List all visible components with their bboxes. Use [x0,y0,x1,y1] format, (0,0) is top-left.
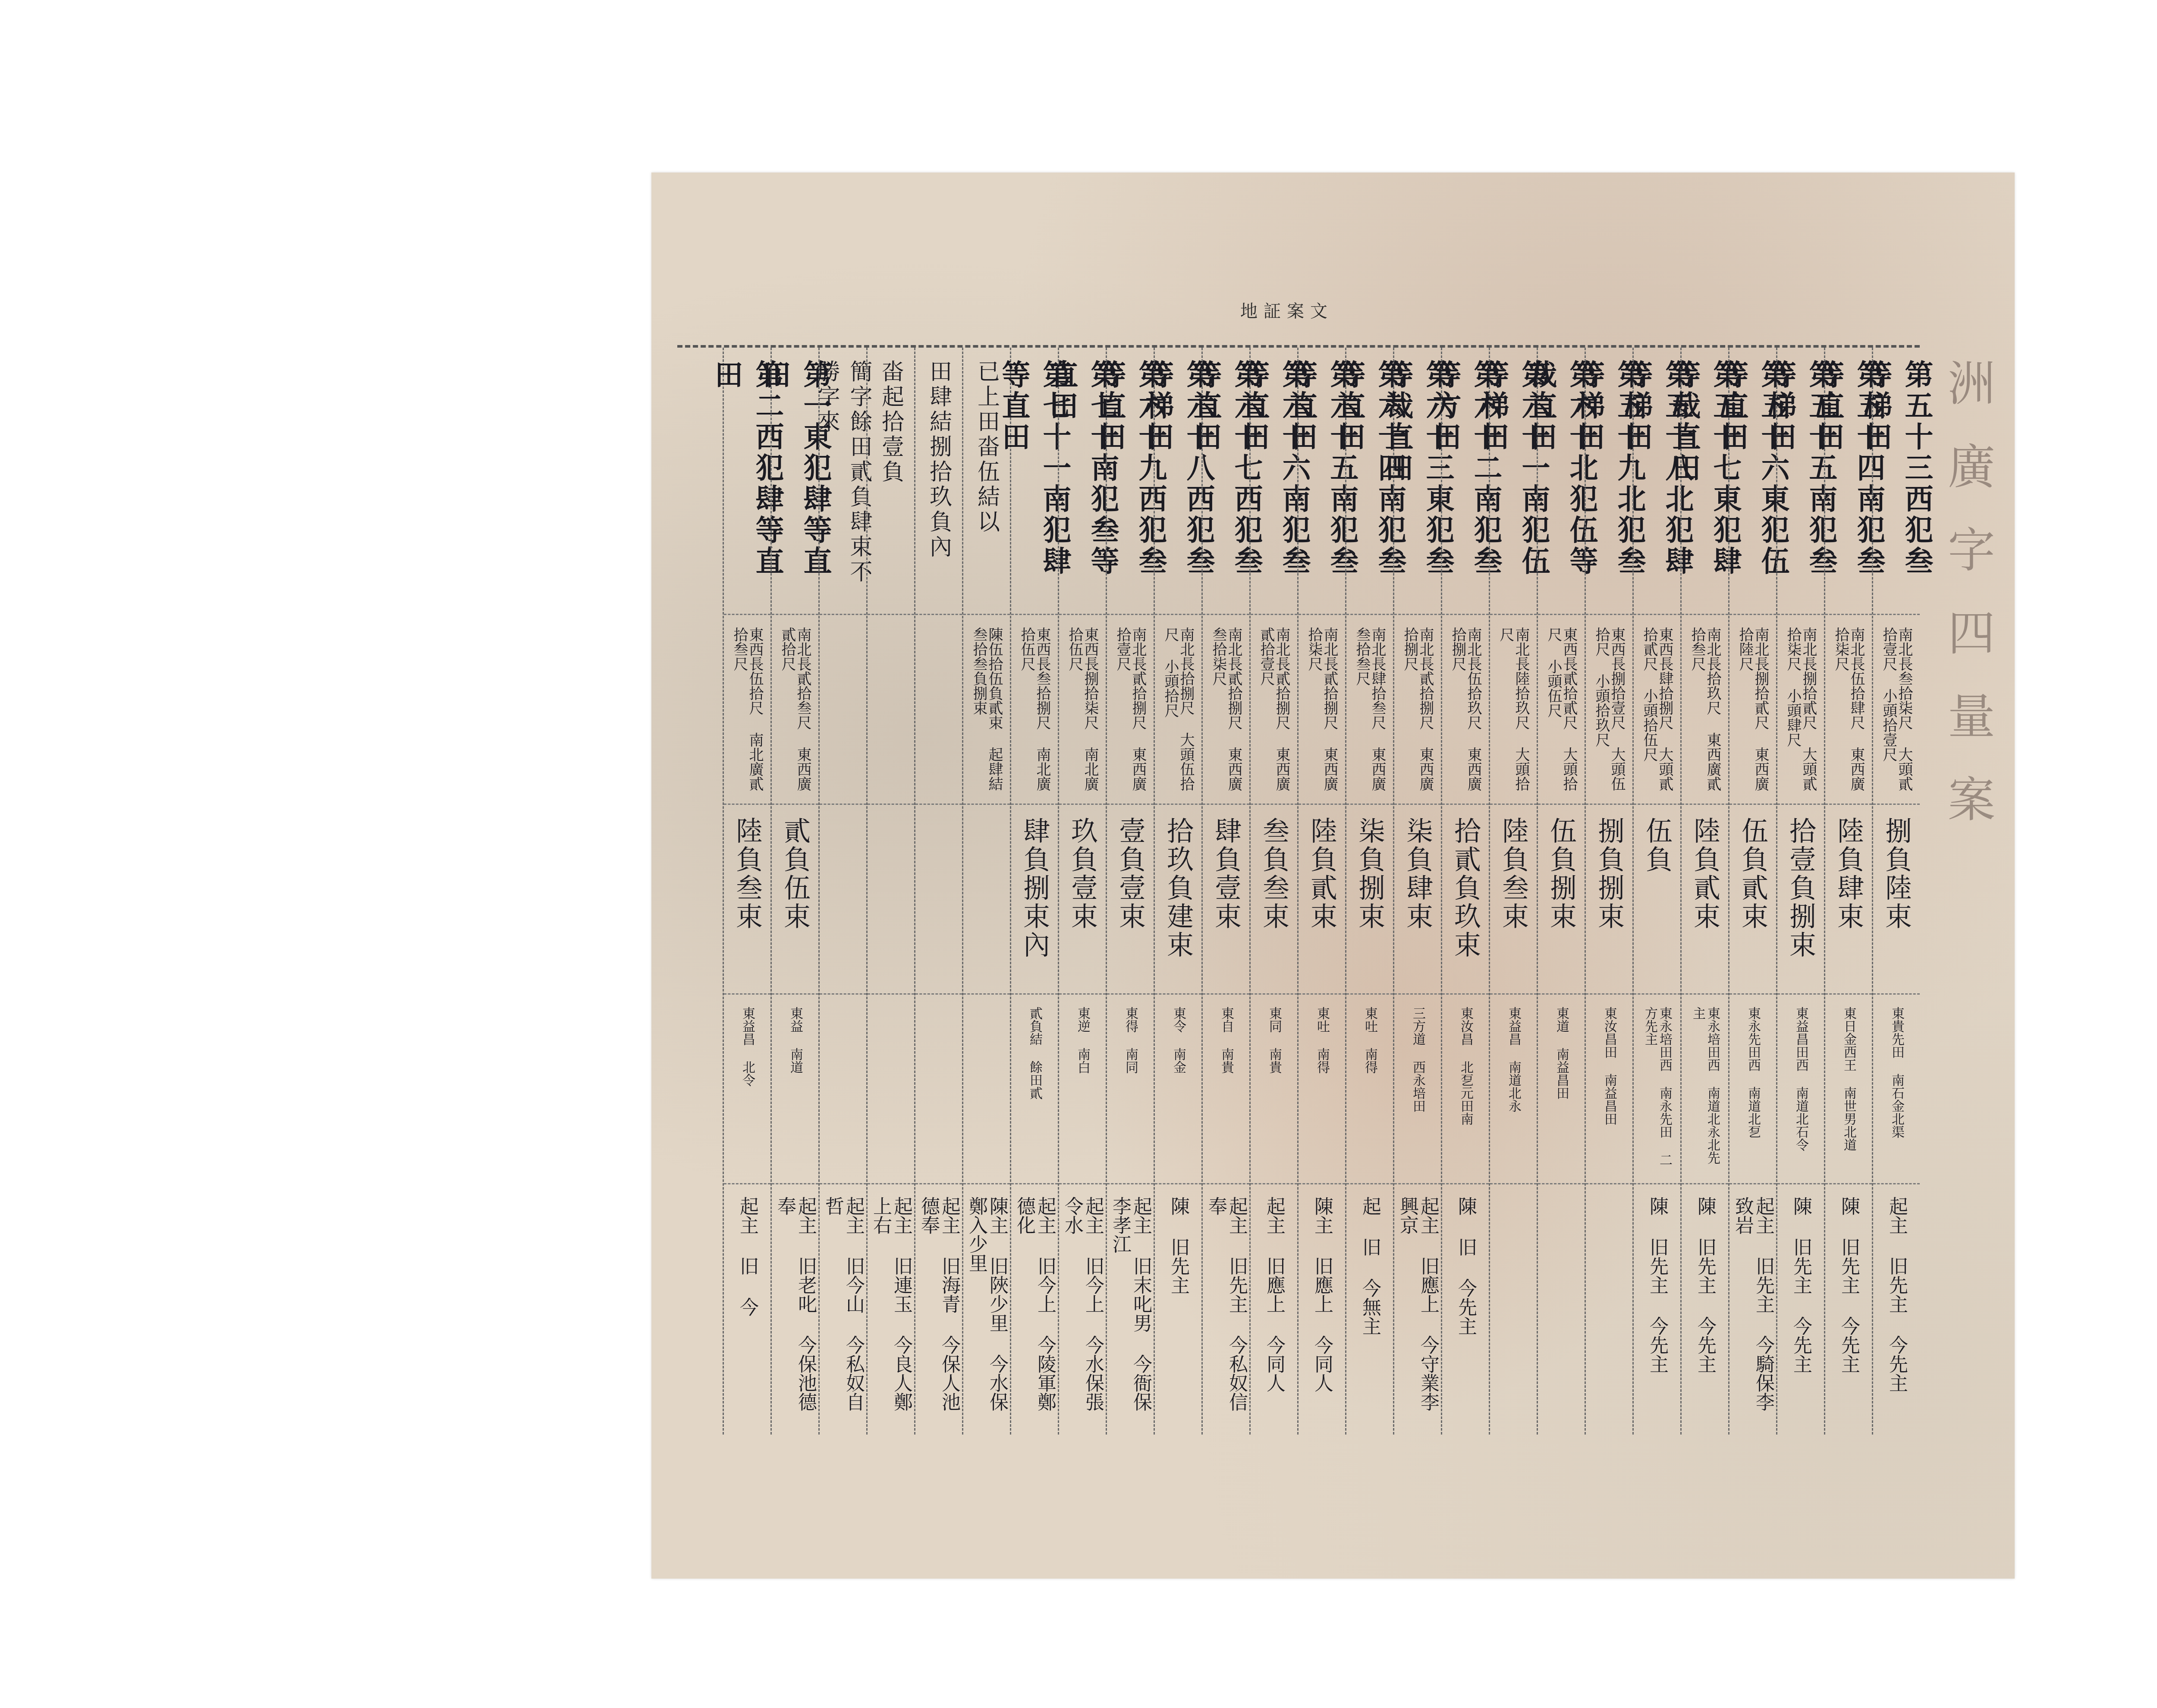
kyol-bu-yield [868,805,914,995]
plot-boundaries: 東日金西王 南世男北道 [1825,995,1872,1184]
plot-owner [1586,1184,1632,1435]
plot-owner: 起主 旧今上 今陵軍鄭德化 [1011,1184,1058,1435]
plot-dimensions: 南北長肆拾叁尺 東西廣叁拾叁尺 [1346,615,1393,805]
plot-header: 畓起拾壹負 [868,348,914,615]
summary-column: 田肆結捌拾玖負內起主 旧海青 今保人池德奉 [914,348,962,1435]
plot-dimensions: 東西長捌拾柒尺 南北廣拾伍尺 [1059,615,1106,805]
plot-owner [1538,1184,1585,1435]
plot-boundaries: 貳負結 餘田貳 [1011,995,1058,1184]
plot-boundaries [915,995,962,1184]
plot-dimensions: 南北長貳拾捌尺 東西廣貳拾壹尺 [1251,615,1297,805]
plot-boundaries: 東吐 南得 [1346,995,1393,1184]
plot-dimensions [915,615,962,805]
plot-dimensions: 東西長叁拾捌尺 南北廣拾伍尺 [1011,615,1058,805]
kyol-bu-yield: 拾玖負建束 [1155,805,1201,995]
plot-dimensions: 南北長貳拾捌尺 東西廣拾捌尺 [1394,615,1441,805]
kyol-bu-yield: 拾貳負玖束 [1442,805,1489,995]
plot-dimensions: 東西長伍拾尺 南北廣貳拾叁尺 [724,615,770,805]
plot-owner: 起主 旧連玉 今良人鄭上右 [868,1184,914,1435]
plot-owner: 起主 旧應上 今守業李興京 [1394,1184,1441,1435]
plot-boundaries: 三方道 西永培田 [1394,995,1441,1184]
plot-header: 田肆結捌拾玖負內 [915,348,962,615]
plot-owner: 陳 旧先主 今先主 [1682,1184,1728,1435]
plot-owner: 起主 旧今山 今私奴自哲 [820,1184,866,1435]
kyol-bu-yield: 陸負叁束 [1490,805,1537,995]
plot-header: 簡字餘田貳負肆束不勝字來 [820,348,866,615]
plot-owner: 起主 旧今上 今水保張令水 [1059,1184,1106,1435]
plot-owner: 起主 旧 今 [724,1184,770,1435]
plot-boundaries: 東得 南同 [1107,995,1154,1184]
kyol-bu-yield: 陸負肆束 [1825,805,1872,995]
plot-boundaries: 東同 南貴 [1251,995,1297,1184]
kyol-bu-yield: 叁負叁束 [1251,805,1297,995]
plot-owner [1490,1184,1537,1435]
plot-dimensions: 南北長陸拾玖尺 大頭拾尺 [1490,615,1537,805]
plot-boundaries: 東永先田西 南道北乭 [1729,995,1776,1184]
kyol-bu-yield: 柒負肆束 [1394,805,1441,995]
kyol-bu-yield: 貳負伍束 [772,805,818,995]
plot-owner: 起主 旧末叱男 今衙保李孝江 [1107,1184,1154,1435]
plot-owner: 起 旧 今無主 [1346,1184,1393,1435]
kyol-bu-yield: 陸負貳束 [1299,805,1345,995]
plot-boundaries: 東益昌田西 南道北石令 [1777,995,1824,1184]
plot-boundaries: 東益昌 北令 [724,995,770,1184]
kyol-bu-yield: 捌負陸束 [1873,805,1920,995]
plot-owner: 起主 旧先主 今先主 [1873,1184,1920,1435]
plot-owner: 陳 旧先主 [1155,1184,1201,1435]
kyol-bu-yield: 捌負捌束 [1586,805,1632,995]
plot-boundaries [820,995,866,1184]
kyol-bu-yield: 壹負壹束 [1107,805,1154,995]
kyol-bu-yield [820,805,866,995]
document-title: 地証案文 [1240,298,1333,322]
kyol-bu-yield: 拾壹負捌束 [1777,805,1824,995]
plot-dimensions [820,615,866,805]
kyol-bu-yield: 陸負貳束 [1682,805,1728,995]
plot-boundaries: 東永培田西 南道北永北先主 [1682,995,1728,1184]
kyol-bu-yield: 肆負壹束 [1203,805,1249,995]
plot-boundaries: 東汝昌田 南益昌田 [1586,995,1632,1184]
plot-dimensions: 東西長捌拾壹尺 大頭伍拾尺 小頭拾玖尺 [1586,615,1632,805]
plot-owner: 陳 旧先主 今先主 [1634,1184,1680,1435]
kyol-bu-yield: 伍負捌束 [1538,805,1585,995]
survey-register-sheet: 地証案文 洲 廣 字 四 量 案 第五十三西犯叁等梯田南北長叁拾柒尺 大頭貳拾壹… [651,173,2015,1579]
plot-owner: 陳 旧先主 今先主 [1777,1184,1824,1435]
summary-column: 簡字餘田貳負肆束不勝字來起主 旧今山 今私奴自哲 [818,348,866,1435]
plot-owner: 陳主 旧應上 今同人 [1299,1184,1345,1435]
plot-boundaries [868,995,914,1184]
kyol-bu-yield: 陸負叁束 [724,805,770,995]
plot-owner: 陳 旧 今先主 [1442,1184,1489,1435]
plot-dimensions: 南北長伍拾玖尺 東西廣拾捌尺 [1442,615,1489,805]
summary-column: 畓起拾壹負起主 旧連玉 今良人鄭上右 [866,348,914,1435]
kyol-bu-yield: 伍負 [1634,805,1680,995]
register-grid: 第五十三西犯叁等梯田南北長叁拾柒尺 大頭貳拾壹尺 小頭拾壹尺捌負陸束東貴先田 南… [677,345,1920,1435]
plot-boundaries [963,995,1010,1184]
kyol-bu-yield: 肆負捌束內 [1011,805,1058,995]
kyol-bu-yield: 柒負捌束 [1346,805,1393,995]
plot-dimensions: 南北長捌拾貳尺 東西廣拾陸尺 [1729,615,1776,805]
plot-boundaries: 東貴先田 南石金北渠 [1873,995,1920,1184]
plot-boundaries: 東吐 南得 [1299,995,1345,1184]
kyol-bu-yield: 玖負壹束 [1059,805,1106,995]
plot-dimensions: 南北長貳拾捌尺 東西廣拾柒尺 [1299,615,1345,805]
margin-register-title: 洲 廣 字 四 量 案 [1946,336,2002,854]
plot-dimensions: 南北長叁拾柒尺 大頭貳拾壹尺 小頭拾壹尺 [1873,615,1920,805]
plot-boundaries: 東益昌 南道北永 [1490,995,1537,1184]
plot-dimensions: 南北長拾捌尺 大頭伍拾尺 小頭拾尺 [1155,615,1201,805]
plot-owner: 陳主 旧陜少里 今水保鄭入少里 [963,1184,1010,1435]
kyol-bu-yield: 伍負貳束 [1729,805,1776,995]
plot-dimensions: 南北長貳拾叁尺 東西廣貳拾尺 [772,615,818,805]
plot-boundaries: 東令 南金 [1155,995,1201,1184]
plot-dimensions: 東西長貳拾貳尺 大頭拾尺 小頭伍尺 [1538,615,1585,805]
plot-boundaries: 東道 南益昌田 [1538,995,1585,1184]
plot-entry-column: 第五十三西犯叁等梯田南北長叁拾柒尺 大頭貳拾壹尺 小頭拾壹尺捌負陸束東貴先田 南… [1872,348,1920,1435]
plot-dimensions: 南北長拾玖尺 東西廣貳拾叁尺 [1682,615,1728,805]
plot-dimensions: 南北長伍拾肆尺 東西廣拾柒尺 [1825,615,1872,805]
plot-header: 第五十三西犯叁等梯田 [1873,348,1920,615]
kyol-bu-yield [915,805,962,995]
plot-dimensions: 陳伍拾伍負貳束 起肆結叁拾叁負捌束 [963,615,1010,805]
plot-boundaries: 東永培田西 南永先田 二方先主 [1634,995,1680,1184]
plot-boundaries: 東自 南貴 [1203,995,1249,1184]
plot-owner: 起主 旧先主 今私奴信奉 [1203,1184,1249,1435]
plot-owner: 起主 旧海青 今保人池德奉 [915,1184,962,1435]
plot-dimensions: 南北長貳拾捌尺 東西廣叁拾柒尺 [1203,615,1249,805]
plot-dimensions [868,615,914,805]
plot-boundaries: 東益 南道 [772,995,818,1184]
plot-boundaries: 東逆 南白 [1059,995,1106,1184]
plot-dimensions: 南北長貳拾捌尺 東西廣拾壹尺 [1107,615,1154,805]
plot-owner: 起主 旧老叱 今保池德奉 [772,1184,818,1435]
plot-owner: 陳 旧先主 今先主 [1825,1184,1872,1435]
plot-boundaries: 東汝昌 北乭元田南 [1442,995,1489,1184]
plot-dimensions: 南北長捌拾貳尺 大頭貳拾柒尺 小頭肆尺 [1777,615,1824,805]
plot-owner: 起主 旧應上 今同人 [1251,1184,1297,1435]
plot-dimensions: 東西長肆拾捌尺 大頭貳拾貳尺 小頭拾伍尺 [1634,615,1680,805]
plot-owner: 起主 旧先主 今騎保李致岩 [1729,1184,1776,1435]
kyol-bu-yield [963,805,1010,995]
